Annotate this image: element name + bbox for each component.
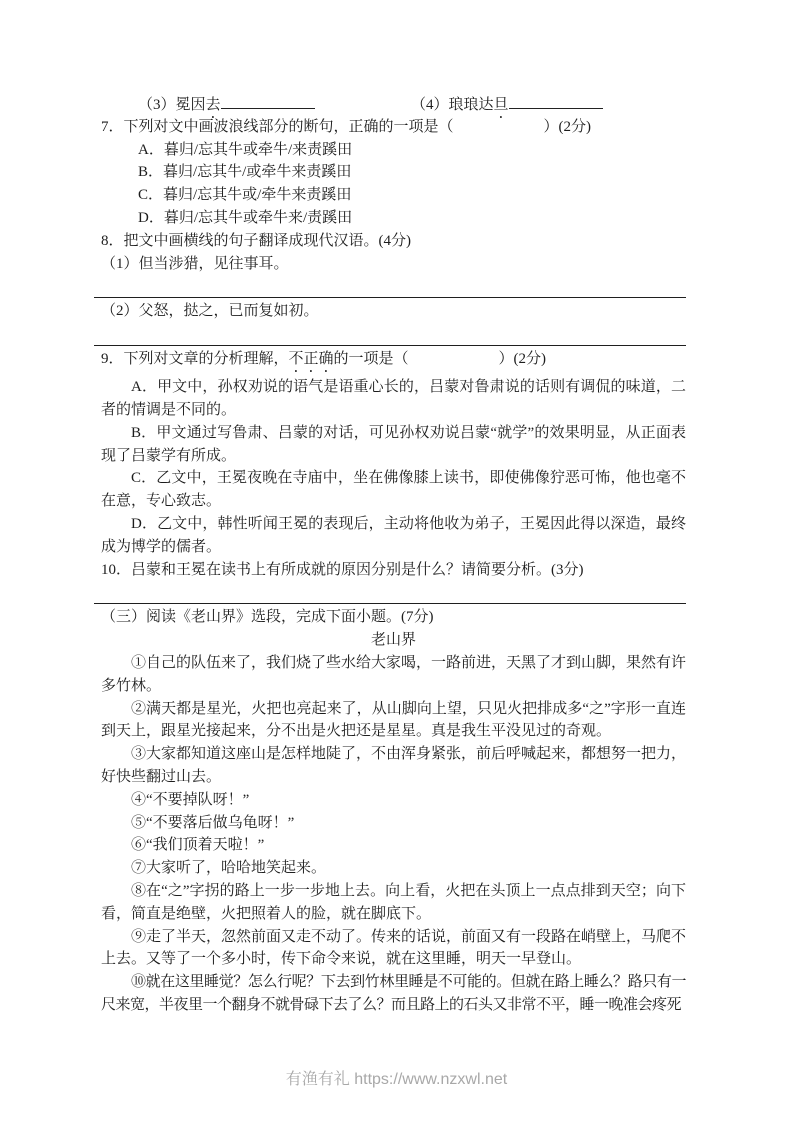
passage-paragraph-6: ⑥“我们顶着天啦！” <box>101 834 686 857</box>
fill-blank-item-3: （3）冕因去 <box>138 93 315 122</box>
passage-paragraph-8: ⑧在“之”字拐的路上一步一步地上去。向上看，火把在头顶上一点点排到天空；向下看，… <box>101 880 686 926</box>
passage-paragraph-9: ⑨走了半天，忽然前面又走不动了。传来的话说，前面又有一段路在峭壁上，马爬不上去。… <box>101 926 686 972</box>
section-3-heading: （三）阅读《老山界》选段，完成下面小题。(7分) <box>101 606 686 629</box>
exam-page-content: （3）冕因去 （4）琅琅达旦 7．下列对文中画波浪线部分的断句，正确的一项是（ … <box>101 93 686 1017</box>
passage-paragraph-7: ⑦大家听了，哈哈地笑起来。 <box>101 857 686 880</box>
question-9-stem-dotted: 不正确 <box>289 351 334 367</box>
question-9-stem-post: 的一项是（ ）(2分) <box>334 351 547 367</box>
passage-paragraph-4: ④“不要掉队呀！” <box>101 789 686 812</box>
question-9-option-d: D．乙文中，韩性听闻王冕的表现后，主动将他收为弟子，王冕因此得以深造，最终成为博… <box>101 513 686 559</box>
answer-line-2 <box>94 345 686 346</box>
section-divider-line <box>94 603 686 604</box>
fill-blank-3-text: （3）冕因 <box>138 97 206 113</box>
passage-paragraph-5: ⑤“不要落后做乌龟呀！” <box>101 812 686 835</box>
answer-line-1 <box>94 297 686 298</box>
passage-paragraph-3: ③大家都知道这座山是怎样地陡了，不由浑身紧张，前后呼喊起来，都想努一把力，好快些… <box>101 743 686 789</box>
fill-blank-item-4: （4）琅琅达旦 <box>411 93 603 122</box>
passage-paragraph-2: ②满天都是星光，火把也亮起来了，从山脚向上望，只见火把排成多“之”字形一直连到天… <box>101 698 686 744</box>
passage-paragraph-10: ⑩就在这里睡觉？怎么行呢？下去到竹林里睡是不可能的。但就在路上睡么？路只有一尺来… <box>101 971 686 1017</box>
question-8-stem: 8．把文中画横线的句子翻译成现代汉语。(4分) <box>101 230 686 253</box>
question-7-option-d: D．暮归/忘其牛或牵牛来/责蹊田 <box>101 207 686 230</box>
question-7-option-c: C．暮归/忘其牛或/牵牛来责蹊田 <box>101 184 686 207</box>
question-9-option-a: A．甲文中，孙权劝说的语气是语重心长的，吕蒙对鲁肃说的话则有调侃的味道，二者的情… <box>101 376 686 422</box>
question-8-part-1: （1）但当涉猎，见往事耳。 <box>101 253 686 276</box>
question-9-option-c: C．乙文中，王冕夜晚在寺庙中，坐在佛像膝上读书，即使佛像狞恶可怖，他也毫不在意，… <box>101 467 686 513</box>
passage-paragraph-1: ①自己的队伍来了，我们烧了些水给大家喝，一路前进，天黑了才到山脚，果然有许多竹林… <box>101 652 686 698</box>
question-10-stem: 10．吕蒙和王冕在读书上有所成就的原因分别是什么？请简要分析。(3分) <box>101 559 686 582</box>
footer-watermark: 有渔有礼 https://www.nzxwl.net <box>0 1066 793 1089</box>
question-9-option-b: B．甲文通过写鲁肃、吕蒙的对话，可见孙权劝说吕蒙“就学”的效果明显，从正面表现了… <box>101 422 686 468</box>
fill-blank-4-dotted-char: 旦 <box>494 97 509 113</box>
fill-blank-3-dotted-char: 去 <box>206 97 221 113</box>
question-8-part-2: （2）父怒，挞之，已而复如初。 <box>101 300 686 323</box>
fill-blank-4-text: （4）琅琅达 <box>411 97 494 113</box>
footer-watermark-text: 有渔有礼 https://www.nzxwl.net <box>286 1071 507 1088</box>
question-7-option-a: A．暮归/忘其牛或牵牛/来责蹊田 <box>101 139 686 162</box>
fill-blank-4-answer-line <box>509 93 603 109</box>
question-9-stem: 9．下列对文章的分析理解，不正确的一项是（ ）(2分) <box>101 348 686 376</box>
question-7-option-b: B．暮归/忘其牛/或牵牛来责蹊田 <box>101 161 686 184</box>
question-9-stem-pre: 9．下列对文章的分析理解， <box>101 351 289 367</box>
reading-passage-title: 老山界 <box>101 629 686 652</box>
fill-blank-3-answer-line <box>221 93 315 109</box>
fill-blank-row: （3）冕因去 （4）琅琅达旦 <box>101 93 686 116</box>
